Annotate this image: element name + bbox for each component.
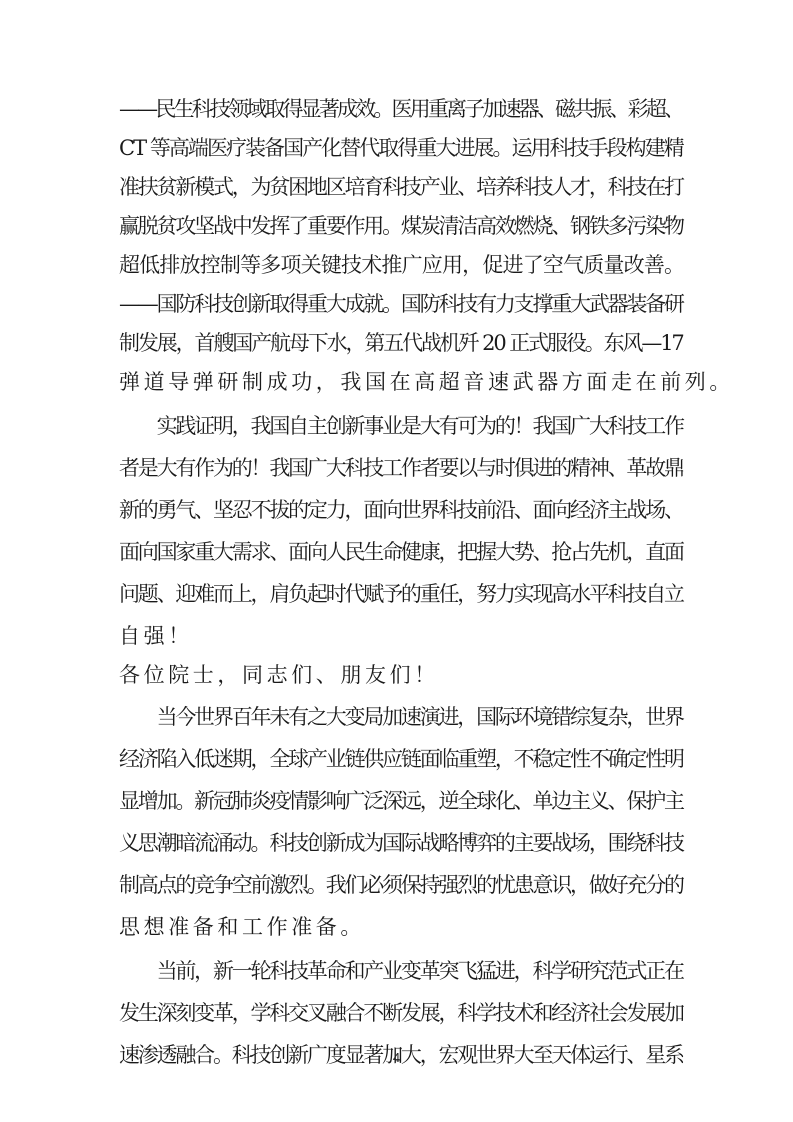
text-line: 赢脱贫攻坚战中发挥了重要作用。煤炭清洁高效燃烧、钢铁多污染物 (119, 213, 699, 239)
text-line: 制高点的竞争空前激烈。我们必须保持强烈的忧患意识，做好充分的 (119, 872, 699, 898)
text-line: 发生深刻变革，学科交叉融合不断发展，科学技术和经济社会发展加 (119, 1000, 699, 1026)
text-line: 实践证明，我国自主创新事业是大有可为的！我国广大科技工作 (119, 413, 699, 439)
text-line: 准扶贫新模式，为贫困地区培育科技产业、培养科技人才，科技在打 (119, 174, 699, 200)
text-line: 者是大有作为的！我国广大科技工作者要以与时俱进的精神、革故鼎 (119, 455, 699, 481)
text-line: 面向国家重大需求、面向人民生命健康，把握大势、抢占先机，直面 (119, 539, 699, 565)
text-line: 新的勇气、坚忍不拔的定力，面向世界科技前沿、面向经济主战场、 (119, 497, 699, 523)
text-line: CT 等高端医疗装备国产化替代取得重大进展。运用科技手段构建精 (119, 135, 699, 161)
text-line: 制发展，首艘国产航母下水，第五代战机歼 20 正式服役。东风—17 (119, 330, 699, 356)
text-line: 超低排放控制等多项关键技术推广应用，促进了空气质量改善。 (119, 252, 699, 278)
text-line: ——民生科技领域取得显著成效。医用重离子加速器、磁共振、彩超、 (119, 96, 699, 122)
text-line: 义思潮暗流涌动。科技创新成为国际战略博弈的主要战场，围绕科技 (119, 830, 699, 856)
text-line: ——国防科技创新取得重大成就。国防科技有力支撑重大武器装备研 (119, 291, 699, 317)
text-line: 当前，新一轮科技革命和产业变革突飞猛进，科学研究范式正在 (119, 958, 699, 984)
text-line: 问题、迎难而上，肩负起时代赋予的重任，努力实现高水平科技自立 (119, 581, 699, 607)
text-line: 经济陷入低迷期，全球产业链供应链面临重塑，不稳定性不确定性明 (119, 746, 699, 772)
text-line: 自强！ (119, 623, 699, 649)
document-page: ——民生科技领域取得显著成效。医用重离子加速器、磁共振、彩超、CT 等高端医疗装… (0, 0, 793, 1122)
page-number: 4 (0, 1050, 793, 1065)
text-line: 各位院士，同志们、朋友们！ (119, 662, 699, 688)
text-line: 当今世界百年未有之大变局加速演进，国际环境错综复杂，世界 (119, 704, 699, 730)
text-line: 思想准备和工作准备。 (119, 914, 699, 940)
text-line: 弹道导弹研制成功，我国在高超音速武器方面走在前列。 (119, 369, 699, 395)
text-line: 显增加。新冠肺炎疫情影响广泛深远，逆全球化、单边主义、保护主 (119, 788, 699, 814)
